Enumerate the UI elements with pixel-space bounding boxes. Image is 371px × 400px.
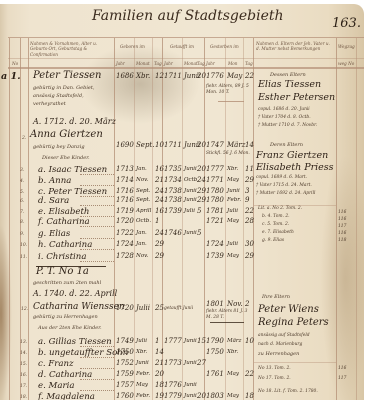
baptism-year: 1779 <box>164 392 182 400</box>
baptism-day: 29 <box>197 187 206 195</box>
col-rule <box>114 38 115 400</box>
baptism-day: 27 <box>197 359 206 367</box>
entry-note: gebürtig zu Herrenhagen <box>33 314 98 320</box>
cross-ref: b. 4. Tom. 2. <box>262 214 290 219</box>
baptism-day: 20 <box>197 165 206 173</box>
header-born: Geboren im <box>120 44 145 49</box>
page-number: 163. <box>332 16 361 31</box>
baptism-year: 1746 <box>164 229 182 237</box>
death-month: Febr. <box>227 197 241 203</box>
edge-stain-right <box>320 154 364 400</box>
birth-year: 1760 <box>116 392 134 400</box>
birth-day: 14 <box>155 348 164 356</box>
death-year: 1721 <box>206 217 224 225</box>
birth-month: Nov. <box>136 177 148 183</box>
baptism-month: Junii <box>184 166 197 172</box>
death-year: 1781 <box>206 207 224 215</box>
col-rule <box>20 38 21 400</box>
header-died-day: Tag <box>245 61 253 66</box>
death-month: Nov. <box>227 300 243 308</box>
baptism-day: 5 <box>197 207 201 215</box>
birth-year: 1716 <box>116 187 134 195</box>
birth-month: Xbr. <box>136 72 150 80</box>
entry-number: 17. <box>20 384 27 389</box>
cross-ref: c. 5. Tom. 2. <box>262 222 289 227</box>
birth-day: 21 <box>155 359 164 367</box>
header-sub-rule <box>8 58 364 59</box>
birth-month: Julii <box>136 304 150 312</box>
death-year: 1724 <box>206 240 224 248</box>
death-year: 1790 <box>206 337 224 345</box>
death-year: 1747 <box>206 141 224 149</box>
baptism-year: 1776 <box>164 381 182 389</box>
entry-number: 10. <box>20 243 27 248</box>
header-baptized-day: Tag <box>197 61 205 66</box>
ref-rule <box>254 362 336 363</box>
death-note: Stickfl. 56 J. 6 Mon. <box>206 151 250 156</box>
entry-name: Anna Giertzen <box>30 129 103 140</box>
col-rule <box>336 38 337 400</box>
entry-name: h. Catharina <box>38 240 92 250</box>
col-rule <box>9 38 10 400</box>
leader-dots <box>80 185 114 186</box>
death-note: fiebr. Alters, 89 J. 5 Mon. 10 T. <box>206 84 252 96</box>
header-names: Nahmen & Vornahmen, Alter u. Geburts-Ort… <box>30 41 112 57</box>
leader-dots <box>80 390 114 391</box>
baptism-month: Junii <box>184 188 197 194</box>
entry-number: 12. <box>21 307 28 312</box>
baptism-note: getaufft Junii <box>164 306 193 311</box>
birth-year: 1749 <box>116 337 134 345</box>
death-day: 22 <box>245 72 254 80</box>
parents-line: copul. 1689 d. 6. Mart. <box>256 175 307 180</box>
birth-day: 24 <box>155 229 164 237</box>
baptism-year: 1734 <box>164 176 182 184</box>
col-rule <box>28 38 29 400</box>
parents-line: zu Herrenhagen <box>258 351 299 357</box>
entry-number: 15. <box>20 362 27 367</box>
birth-day: 20 <box>155 370 164 378</box>
death-day: 14 <box>245 141 254 149</box>
baptism-day: 20 <box>197 392 206 400</box>
death-day: 29 <box>245 176 254 184</box>
extra-value: 118 <box>338 238 346 243</box>
birth-day: 24 <box>155 196 164 204</box>
entry-number: 5. <box>20 190 24 195</box>
cross-ref: No 17. Tom. 2. <box>258 376 291 381</box>
parents-line: † Vater 1704 d. 8. Octb. <box>258 115 311 120</box>
second-marriage-note: geschritten zum 2ten mahl <box>33 280 101 286</box>
header-baptized-year: Jahr <box>164 61 173 66</box>
death-year: 1750 <box>206 348 224 356</box>
baptism-day: 20 <box>197 72 206 80</box>
entry-name: g. Elias <box>38 229 70 239</box>
parents-line: nach d. Marienburg <box>258 342 302 347</box>
extra-value: 117 <box>338 224 346 229</box>
leader-dots <box>80 368 114 369</box>
death-month: Junii <box>227 188 240 194</box>
birth-year: 1719 <box>116 207 134 215</box>
cross-ref: No 13. Tom. 2. <box>258 366 291 371</box>
mother-name: Elisabeth Priess <box>256 162 334 173</box>
baptism-month: Junii <box>184 393 197 399</box>
birth-year: 1720 <box>116 217 134 225</box>
entry-name: f. Magdalena <box>38 392 95 400</box>
birth-month: Junii <box>136 360 149 366</box>
father-name: Franz Giertzen <box>256 150 328 161</box>
baptism-year: 1735 <box>164 165 182 173</box>
birth-year: 1686 <box>116 72 134 80</box>
header-extra: Wegzug <box>338 44 355 49</box>
parents-line: † Mutter 1710 d. 7. Novbr. <box>258 123 317 128</box>
entry-name: e. Elisabeth <box>38 207 89 217</box>
birth-month: Nov. <box>136 253 148 259</box>
parents-line: ansässig auf Stadtsfeld <box>258 333 310 338</box>
birth-month: May <box>136 382 148 388</box>
entry-name: b. ungetauffter Sohn <box>38 348 128 358</box>
children-heading: Aus der 2ten Ehe Kinder. <box>38 325 102 331</box>
death-day: 22 <box>245 370 254 378</box>
entry-number: 3. <box>20 168 24 173</box>
header-died-year: Jahr <box>206 61 215 66</box>
entry-number: a 1. <box>1 71 21 82</box>
father-name: Peter Wiens <box>258 304 319 315</box>
header-no: No <box>12 61 18 66</box>
parents-heading: Deren Eltern <box>270 142 303 148</box>
birth-day: 16 <box>155 207 164 215</box>
entry-name: e. Maria <box>38 381 74 391</box>
death-day: 28 <box>245 217 254 225</box>
entry-number: 7. <box>20 210 24 215</box>
birth-day: 10 <box>155 141 164 149</box>
entry-number: 4. <box>20 179 24 184</box>
death-day: 2 <box>245 300 249 308</box>
parents-heading: Ihre Eltern <box>262 294 290 300</box>
entry-number: 9. <box>20 232 24 237</box>
baptism-month: Junii <box>184 360 197 366</box>
extra-value: 116 <box>338 231 346 236</box>
baptism-year: 1739 <box>164 207 182 215</box>
birth-day: 25 <box>155 304 164 312</box>
extra-value: 116 <box>338 217 346 222</box>
birth-year: 1720 <box>116 304 134 312</box>
birth-month: Xbr. <box>136 349 147 355</box>
entry-number: 6. <box>20 199 24 204</box>
cross-ref: Lit. a. No 2. Tom. 2. <box>258 206 302 211</box>
death-day: 29 <box>245 252 254 260</box>
header-born-month: Monat <box>136 61 150 66</box>
baptism-year: 1711 <box>164 72 182 80</box>
marriage-date: A. 1740. d. 22. Aprill <box>33 289 117 298</box>
entry-name: f. Catharina <box>38 217 90 227</box>
death-day: 22 <box>245 207 254 215</box>
death-year: 1777 <box>206 165 224 173</box>
death-month: Julii <box>227 208 238 214</box>
entry-name: a. Isaac Tiessen <box>38 165 107 175</box>
entry-number: 13. <box>20 340 27 345</box>
col-rule <box>134 38 135 400</box>
page-title: Familien auf Stadtsgebieth <box>92 8 284 24</box>
birth-day: 18 <box>155 381 164 389</box>
baptism-year: 1738 <box>164 196 182 204</box>
birth-day: 29 <box>155 240 164 248</box>
death-day: 30 <box>245 240 254 248</box>
baptism-month: Junii <box>184 382 197 388</box>
entry-name: d. Catharina <box>38 370 92 380</box>
cross-ref: g. 9. Elias <box>262 238 284 243</box>
entry-name: b. Anna <box>38 176 71 186</box>
baptism-day: 24 <box>197 176 206 184</box>
birth-year: 1752 <box>116 359 134 367</box>
birth-month: Octb. <box>136 218 151 224</box>
death-month: März <box>227 141 245 149</box>
death-year: 1739 <box>206 252 224 260</box>
header-born-year: Jahr <box>116 61 125 66</box>
col-rule <box>182 38 183 400</box>
birth-year: 1714 <box>116 176 134 184</box>
baptism-day: 20 <box>197 141 206 149</box>
header-bottom-rule <box>8 67 364 69</box>
entry-number: 18. <box>20 395 27 400</box>
header-parents: Nahmen d. Eltern der Jeh. Vater u. d. Mu… <box>256 41 334 52</box>
baptism-year: 1773 <box>164 359 182 367</box>
cross-ref-heading: P. T. No 1a <box>36 266 89 277</box>
parents-line: † Vater 1715 d. 24. Mart. <box>256 183 312 188</box>
entry-name: Catharina Wienssen <box>33 302 125 312</box>
death-day: 11 <box>245 165 254 173</box>
entry-number: 16. <box>20 373 27 378</box>
birth-year: 1728 <box>116 252 134 260</box>
death-year: 1776 <box>206 72 224 80</box>
baptism-month: Junii <box>184 338 197 344</box>
header-born-day: Tag <box>154 61 162 66</box>
birth-month: Sept. <box>136 141 154 149</box>
entry-name: Peter Tiessen <box>33 70 102 81</box>
header-baptized-month: Monat <box>184 61 198 66</box>
birth-month: Jan. <box>136 241 147 247</box>
baptism-day: 5 <box>197 229 201 237</box>
entry-name: i. Christina <box>38 252 86 262</box>
extra-value: 116 <box>338 210 346 215</box>
birth-day: 19 <box>155 392 164 400</box>
death-day: 18 <box>245 392 254 400</box>
extra-value: 116 <box>338 366 346 371</box>
children-heading: Dieser Ehe Kinder. <box>42 155 90 161</box>
birth-year: 1713 <box>116 165 134 173</box>
death-day: 3 <box>245 187 249 195</box>
death-day: 10 <box>245 337 254 345</box>
death-month: März <box>227 338 241 344</box>
entry-number: 8. <box>20 220 24 225</box>
death-month: May <box>227 72 242 80</box>
death-year: 1771 <box>206 176 224 184</box>
baptism-day: 29 <box>197 196 206 204</box>
death-year: 1780 <box>206 196 224 204</box>
birth-day: 16 <box>155 165 164 173</box>
death-year: 1761 <box>206 370 224 378</box>
leader-dots <box>80 238 114 239</box>
birth-month: Julii <box>136 338 147 344</box>
birth-year: 1759 <box>116 370 134 378</box>
edge-stain <box>0 224 12 400</box>
col-rule <box>162 38 163 400</box>
death-month: May <box>227 393 239 399</box>
entry-name: d. Sara <box>38 196 69 206</box>
birth-month: Jan. <box>136 166 147 172</box>
register-page: Familien auf Stadtsgebieth 163. Nahmen &… <box>0 4 364 400</box>
entry-number: 2. <box>22 136 26 141</box>
birth-month: Febr. <box>136 393 150 399</box>
baptism-year: 1777 <box>164 337 182 345</box>
parents-heading: Dessen Eltern <box>270 72 306 78</box>
death-month: May <box>227 177 239 183</box>
death-note: fiebr. Alters 81 J. 3 M. 28 T. <box>206 309 252 320</box>
birth-day: 1 <box>155 337 159 345</box>
col-rule <box>356 38 357 400</box>
parents-line: copul. 1686 d. 20. Junii <box>258 107 310 112</box>
header-died-month: Mon <box>228 61 238 66</box>
col-rule <box>152 38 153 400</box>
birth-month: Sept. <box>136 197 151 203</box>
father-name: Elias Tiessen <box>258 79 321 90</box>
birth-year: 1750 <box>116 348 134 356</box>
underline <box>210 322 244 323</box>
cross-ref: e. 7. Elisabeth <box>262 230 294 235</box>
baptism-month: Junii <box>184 230 197 236</box>
mother-name: Esther Petersen <box>258 92 335 103</box>
entry-number: 11. <box>20 255 27 260</box>
birth-day: 21 <box>155 176 164 184</box>
col-rule <box>204 38 205 400</box>
birth-year: 1724 <box>116 240 134 248</box>
death-year: 1803 <box>206 392 224 400</box>
death-month: May <box>227 253 239 259</box>
death-year: 1801 <box>206 300 224 308</box>
entry-name: a. Gillias Tiessen <box>38 337 112 347</box>
death-day: 9 <box>245 196 249 204</box>
marriage-date: A. 1712. d. 20. März <box>33 117 116 126</box>
baptism-month: Julii <box>184 208 195 214</box>
header-extra-sub: weg No <box>338 61 354 66</box>
birth-year: 1722 <box>116 229 134 237</box>
birth-month: Aprill <box>136 208 151 214</box>
baptism-month: Junii <box>184 197 197 203</box>
underline <box>218 101 244 102</box>
birth-year: 1690 <box>116 141 134 149</box>
death-month: Xbr. <box>227 166 238 172</box>
entry-number: 14. <box>20 351 27 356</box>
cross-ref: No 18. Lit. f. Tom. 2. 1780. <box>258 389 318 394</box>
birth-day: 24 <box>155 187 164 195</box>
header-baptized: Getaufft im <box>170 44 194 49</box>
birth-day: 1 <box>155 217 159 225</box>
entry-note: gebürtig bey Danzig <box>33 144 85 150</box>
birth-month: Sept. <box>136 188 151 194</box>
parents-line: † Mutter 1692 d. 24. Aprill <box>256 191 315 196</box>
leader-dots <box>80 205 114 206</box>
entry-name: c. Franz <box>38 359 74 369</box>
birth-day: 12 <box>155 72 164 80</box>
baptism-day: 15 <box>197 337 206 345</box>
baptism-year: 1738 <box>164 187 182 195</box>
death-month: May <box>227 371 239 377</box>
header-died: Gestorben im <box>210 44 239 49</box>
baptism-year: 1711 <box>164 141 182 149</box>
death-year: 1780 <box>206 187 224 195</box>
death-month: May <box>227 218 239 224</box>
header-top-rule <box>8 37 364 38</box>
extra-value: 117 <box>338 376 346 381</box>
mother-name: Regina Peters <box>258 317 329 328</box>
birth-month: Febr. <box>136 371 150 377</box>
death-month: Xbr. <box>227 349 238 355</box>
birth-day: 29 <box>155 252 164 260</box>
death-month: Julii <box>227 241 238 247</box>
birth-month: Jan. <box>136 230 147 236</box>
entry-note: gebürtig in Dan. Gebiet, ansässig Stadts… <box>33 84 111 108</box>
birth-year: 1716 <box>116 196 134 204</box>
birth-year: 1757 <box>116 381 134 389</box>
